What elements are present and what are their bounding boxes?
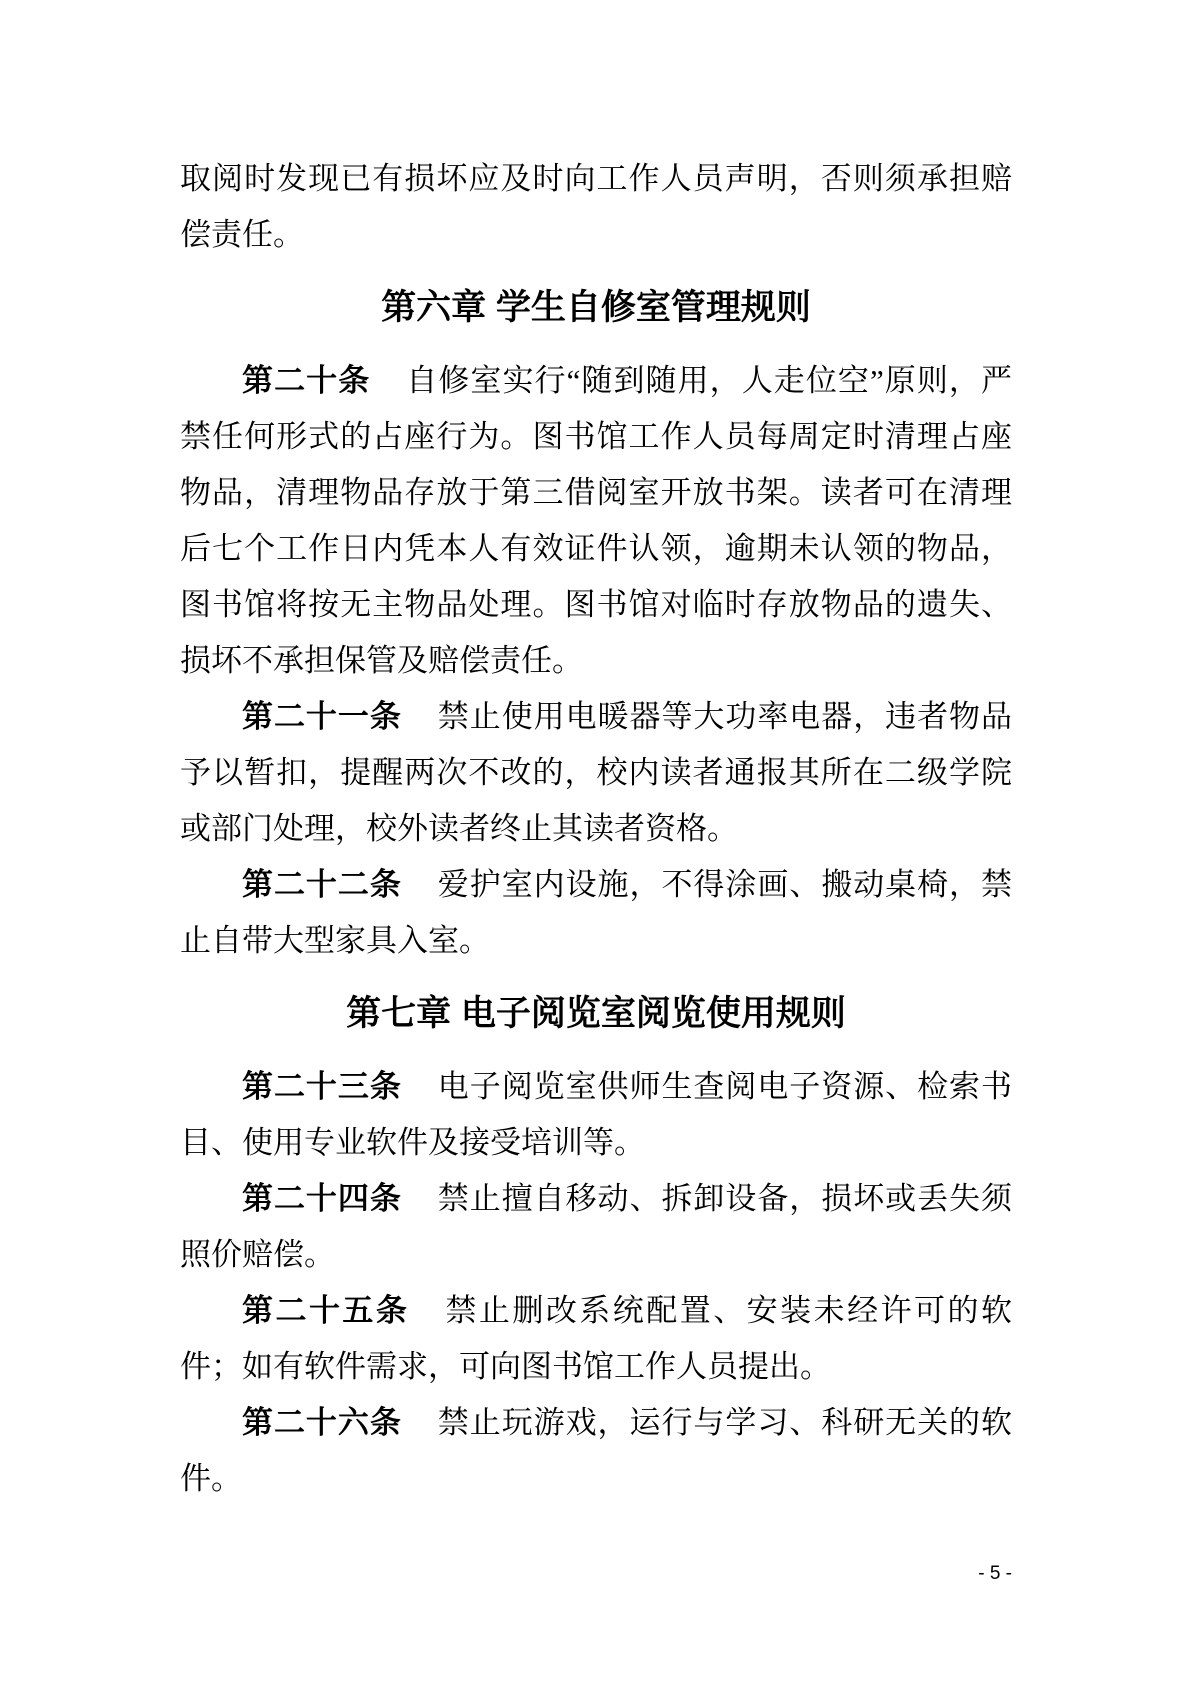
article-22-number: 第二十二条 (242, 867, 402, 902)
article-21-number: 第二十一条 (242, 699, 402, 734)
article-26-number: 第二十六条 (242, 1405, 402, 1440)
article-21-paragraph: 第二十一条禁止使用电暖器等大功率电器，违者物品予以暂扣，提醒两次不改的，校内读者… (180, 689, 1012, 857)
chapter-6-heading: 第六章 学生自修室管理规则 (180, 280, 1012, 336)
chapter-7-heading: 第七章 电子阅览室阅览使用规则 (180, 986, 1012, 1042)
article-24-paragraph: 第二十四条禁止擅自移动、拆卸设备，损坏或丢失须照价赔偿。 (180, 1171, 1012, 1283)
article-26-paragraph: 第二十六条禁止玩游戏，运行与学习、科研无关的软件。 (180, 1395, 1012, 1507)
continuation-paragraph: 取阅时发现已有损坏应及时向工作人员声明，否则须承担赔偿责任。 (180, 151, 1012, 263)
continuation-paragraph-text: 取阅时发现已有损坏应及时向工作人员声明，否则须承担赔偿责任。 (180, 161, 1012, 252)
document-body: 取阅时发现已有损坏应及时向工作人员声明，否则须承担赔偿责任。 第六章 学生自修室… (180, 151, 1012, 1507)
article-20-paragraph: 第二十条自修室实行“随到随用，人走位空”原则，严禁任何形式的占座行为。图书馆工作… (180, 353, 1012, 689)
article-22-paragraph: 第二十二条爱护室内设施，不得涂画、搬动桌椅，禁止自带大型家具入室。 (180, 857, 1012, 969)
article-23-number: 第二十三条 (242, 1069, 402, 1104)
article-25-number: 第二十五条 (242, 1293, 409, 1328)
article-20-text: 自修室实行“随到随用，人走位空”原则，严禁任何形式的占座行为。图书馆工作人员每周… (180, 363, 1012, 678)
article-20-number: 第二十条 (242, 363, 370, 398)
article-24-number: 第二十四条 (242, 1181, 402, 1216)
article-23-paragraph: 第二十三条电子阅览室供师生查阅电子资源、检索书目、使用专业软件及接受培训等。 (180, 1059, 1012, 1171)
article-25-paragraph: 第二十五条禁止删改系统配置、安装未经许可的软件；如有软件需求，可向图书馆工作人员… (180, 1283, 1012, 1395)
page-number: - 5 - (180, 1561, 1012, 1587)
document-page: 取阅时发现已有损坏应及时向工作人员声明，否则须承担赔偿责任。 第六章 学生自修室… (0, 0, 1191, 1684)
